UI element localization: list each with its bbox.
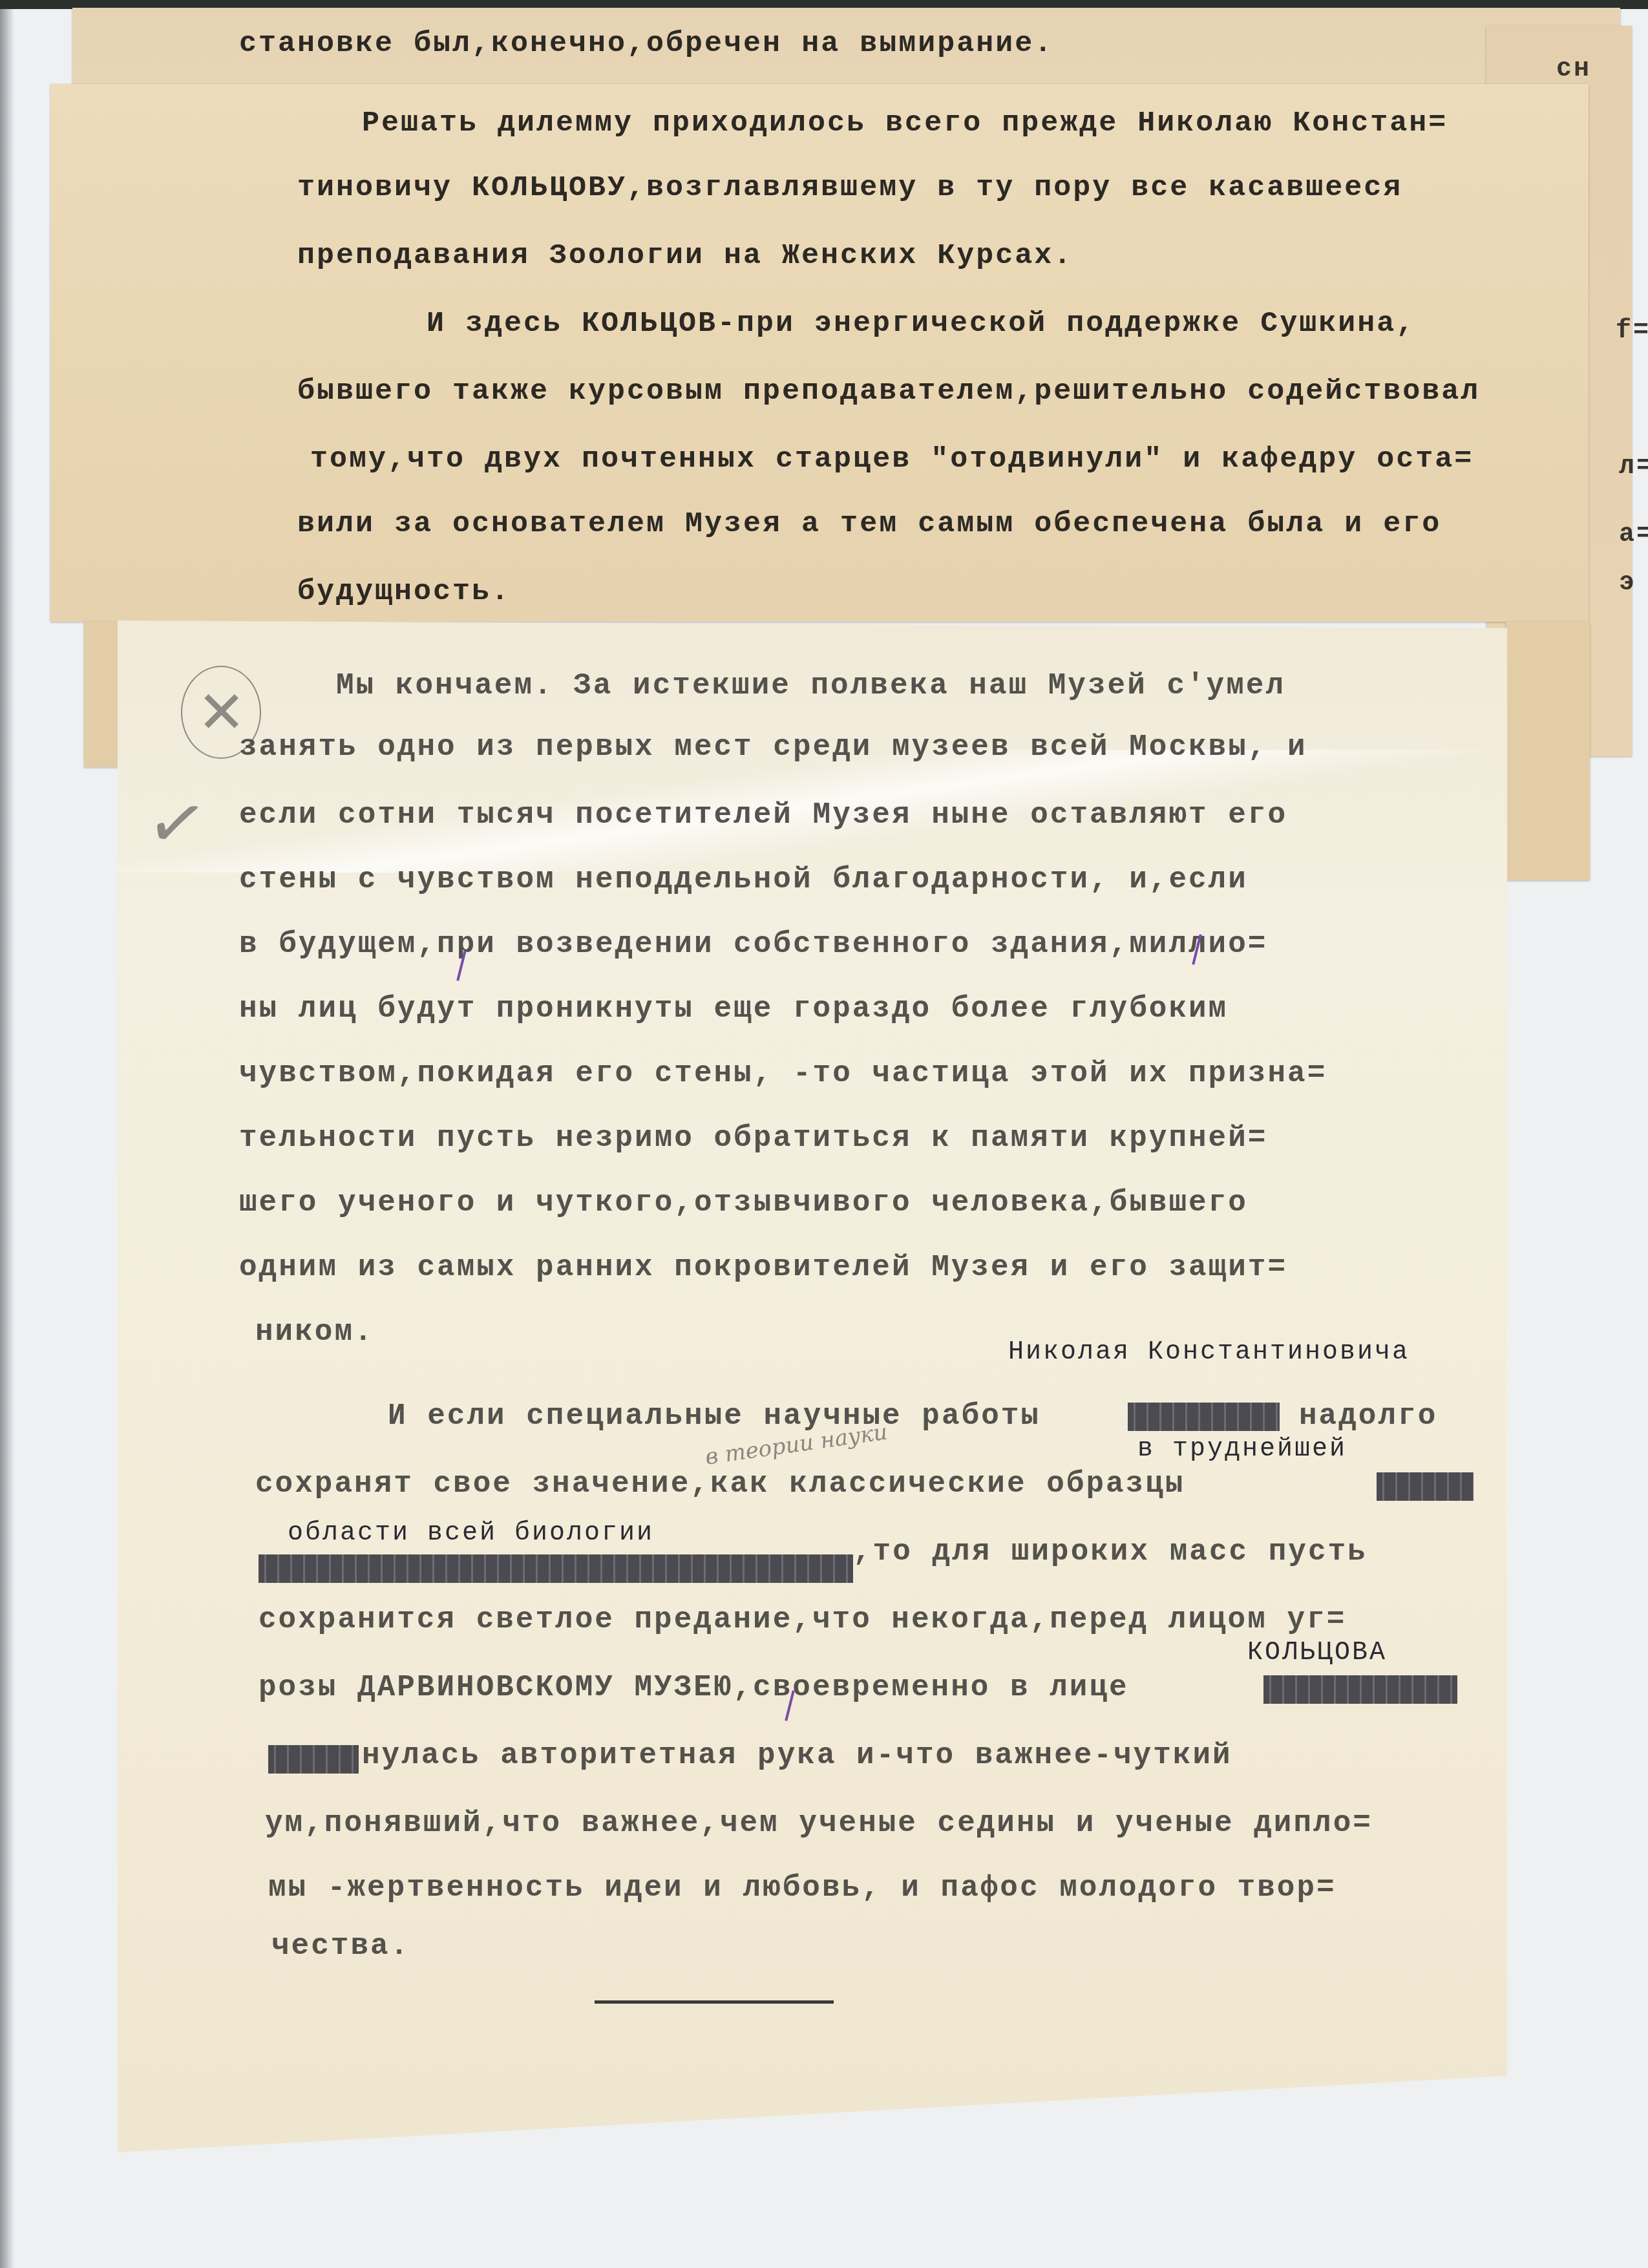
front-line: в будущем,при возведении собственного зд…: [239, 927, 1267, 961]
paper-tab-right: [1506, 622, 1590, 880]
front-line: чувством,покидая его стены, -то частица …: [239, 1057, 1327, 1090]
middle-line: Решать дилемму приходилось всего прежде …: [362, 107, 1448, 140]
typed-insertion: КОЛЬЦОВА: [1247, 1638, 1387, 1668]
front-line: тельности пусть незримо обратиться к пам…: [239, 1121, 1267, 1155]
struck-out-word: [1377, 1472, 1474, 1501]
struck-out-word: [268, 1745, 359, 1774]
front-line: ны лиц будут проникнуты еще гораздо боле…: [239, 992, 1228, 1026]
struck-out-word: [1263, 1675, 1457, 1704]
typed-insertion: Николая Константиновича: [1008, 1338, 1410, 1367]
middle-line: будущность.: [297, 575, 511, 608]
struck-out-phrase: [259, 1554, 853, 1583]
typed-insertion: в труднейшей: [1137, 1435, 1347, 1464]
front-line: занять одно из первых мест среди музеев …: [239, 730, 1307, 764]
struck-out-word: [1128, 1403, 1280, 1431]
edge-fragment: f=: [1616, 317, 1648, 346]
edge-fragment: сн: [1556, 55, 1591, 84]
front-line: сохранится светлое предание,что некогда,…: [259, 1603, 1346, 1637]
front-line: ум,понявший,что важнее,чем ученые седины…: [265, 1807, 1373, 1840]
closing-rule: [595, 2000, 834, 2004]
front-line: мы -жертвенность идеи и любовь, и пафос …: [268, 1871, 1336, 1905]
typed-insertion: области всей биологии: [288, 1519, 654, 1548]
front-line: ,то для широких масс пусть: [853, 1535, 1368, 1569]
front-line: ником.: [255, 1315, 374, 1349]
middle-line: вили за основателем Музея а тем самым об…: [297, 507, 1441, 540]
paper-tab-left: [84, 622, 120, 767]
top-sheet-line: становке был,конечно,обречен на вымирани…: [239, 27, 1053, 60]
middle-sheet: [50, 84, 1589, 622]
front-line: если сотни тысяч посетителей Музея ныне …: [239, 798, 1287, 832]
front-line: шего ученого и чуткого,отзывчивого челов…: [239, 1186, 1248, 1220]
front-sheet: [118, 620, 1507, 2152]
middle-line: И здесь КОЛЬЦОВ-при энергической поддерж…: [427, 307, 1415, 340]
edge-fragment: э: [1619, 569, 1636, 598]
front-line: нулась авторитетная рука и-что важнее-чу…: [362, 1739, 1232, 1772]
front-line: И если специальные научные работы: [388, 1399, 1041, 1433]
front-line: розы ДАРВИНОВСКОМУ МУЗЕЮ,своевременно в …: [259, 1671, 1129, 1704]
edge-fragment: л=: [1619, 452, 1648, 482]
front-line: надолго: [1299, 1399, 1437, 1433]
edge-fragment: а=: [1619, 520, 1648, 549]
front-line: одним из самых ранних покровителей Музея…: [239, 1251, 1287, 1284]
front-line: чества.: [271, 1929, 410, 1963]
middle-line: тому,что двух почтенных старцев "отодвин…: [310, 443, 1474, 476]
middle-line: преподавания Зоологии на Женских Курсах.: [297, 239, 1073, 272]
middle-line: тиновичу КОЛЬЦОВУ,возглавлявшему в ту по…: [297, 171, 1402, 204]
middle-line: бывшего также курсовым преподавателем,ре…: [297, 375, 1480, 408]
front-line: Мы кончаем. За истекшие полвека наш Музе…: [336, 669, 1285, 703]
scanner-border-left: [0, 9, 14, 2268]
front-line: стены с чувством неподдельной благодарно…: [239, 863, 1248, 896]
front-line: сохранят свое значение,как классические …: [255, 1467, 1185, 1501]
